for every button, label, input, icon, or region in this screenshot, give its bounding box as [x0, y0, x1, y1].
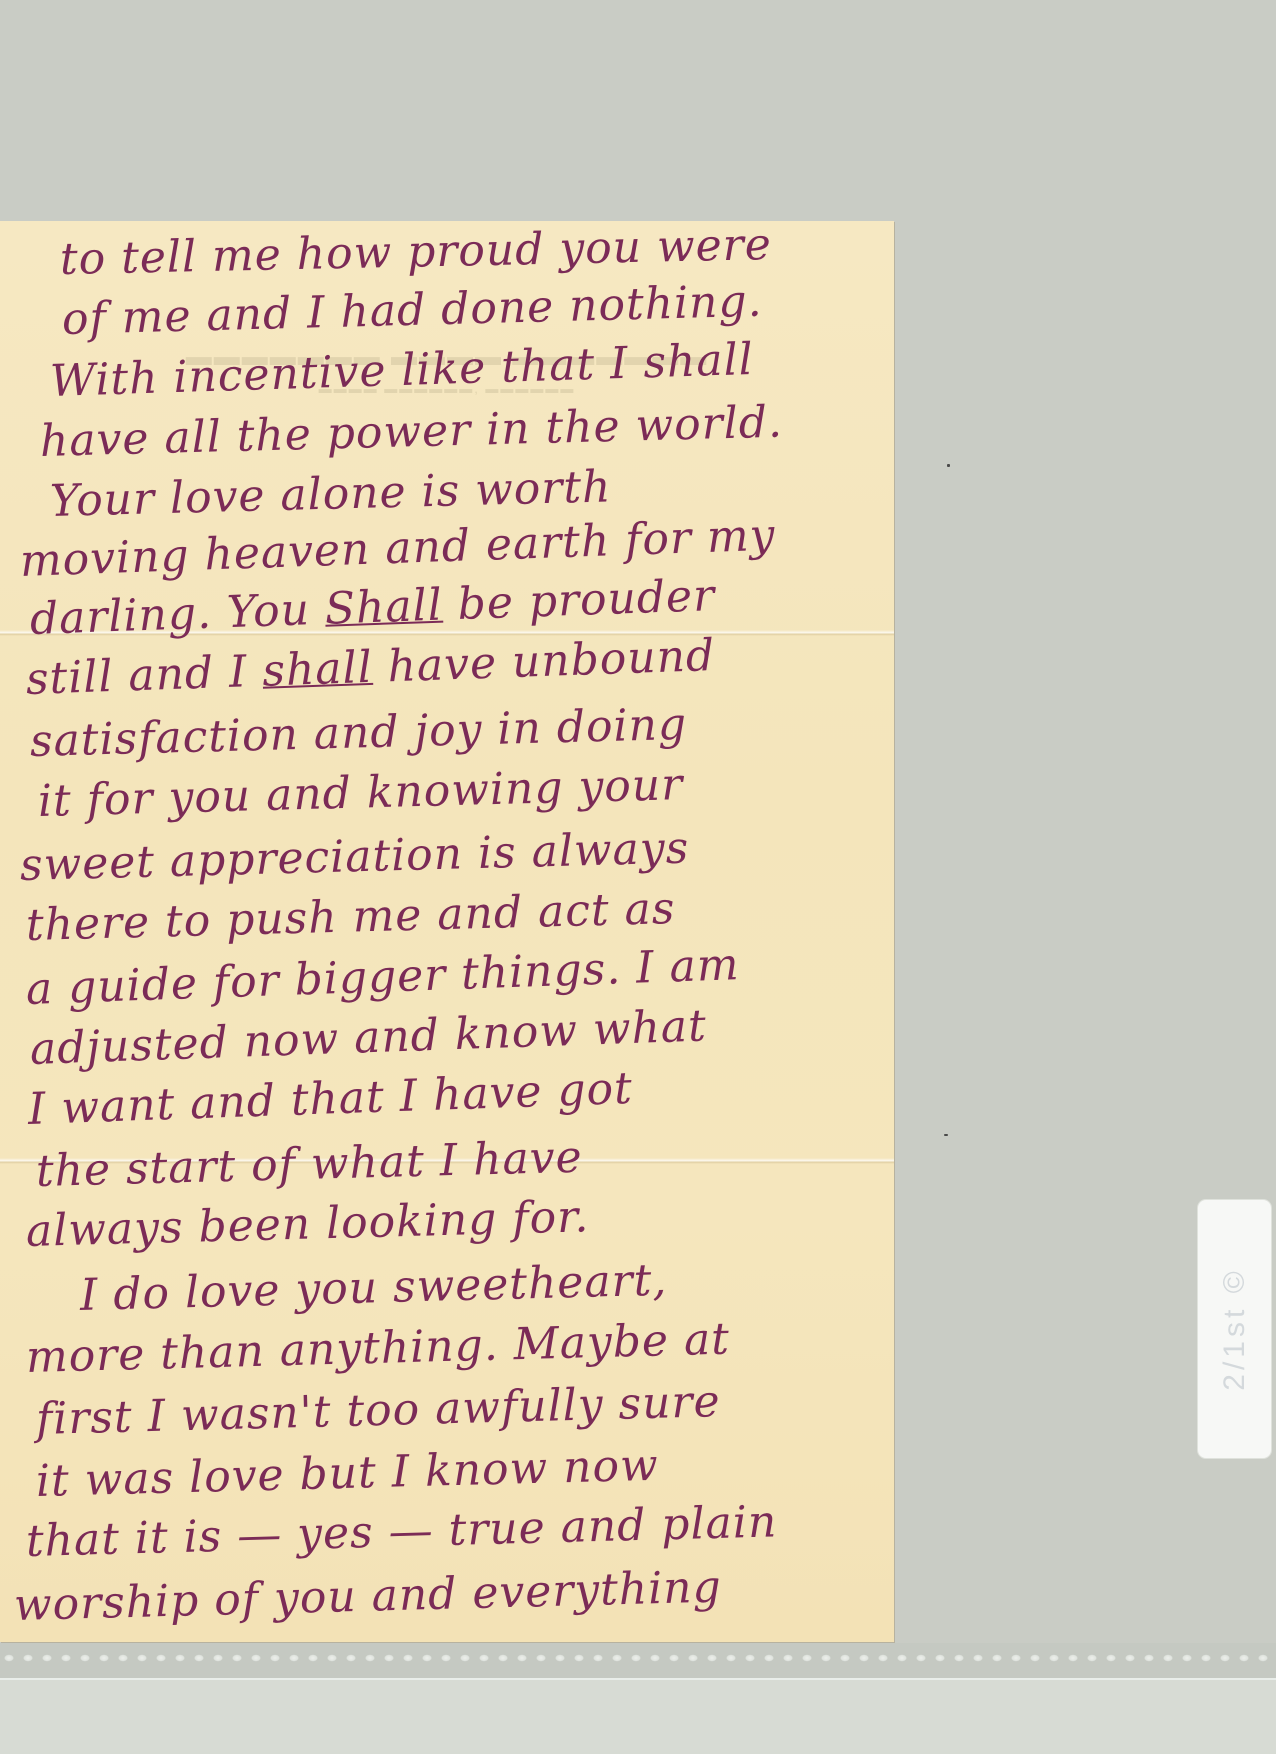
- letter-line: satisfaction and joy in doing: [29, 700, 687, 767]
- letter-line: always been looking for.: [25, 1192, 590, 1257]
- letter-line: of me and I had done nothing.: [61, 277, 763, 345]
- letter-line: first I wasn't too awfully sure: [35, 1377, 721, 1445]
- letter-line: have all the power in the world.: [39, 398, 783, 467]
- letter-line-text: be prouder: [442, 570, 716, 630]
- letter-line: sweet appreciation is always: [19, 823, 690, 891]
- letter-line: still and I shall have unbound: [25, 631, 716, 705]
- letter-line: that it is — yes — true and plain: [25, 1497, 777, 1567]
- letter-line: worship of you and everything: [13, 1562, 722, 1631]
- letter-line-text: darling. You: [29, 584, 326, 645]
- letter-line: there to push me and act as: [25, 884, 676, 951]
- archive-label-text: 2/1st ©: [1218, 1267, 1252, 1390]
- letter-line: it for you and knowing your: [37, 760, 683, 827]
- letter-line: I do love you sweetheart,: [79, 1256, 668, 1321]
- underlined-word-shall: shall: [262, 642, 374, 697]
- letter-line-text: still and I: [25, 646, 263, 705]
- letter-line-text: have unbound: [372, 630, 716, 693]
- dust-speck: [944, 1134, 948, 1136]
- letter-line: more than anything. Maybe at: [25, 1315, 730, 1383]
- underlined-word-shall: Shall: [324, 580, 444, 635]
- sleeve-seal-dots: [0, 1652, 1276, 1664]
- letter-line: to tell me how proud you were: [59, 220, 772, 285]
- scanner-background-lower: [0, 1678, 1276, 1754]
- letter-line: it was love but I know now: [35, 1441, 659, 1507]
- archive-label-tab: 2/1st ©: [1198, 1200, 1271, 1458]
- letter-page: ▬▬▬▬▬▬▬ ▬▬▬▬ ▬▬▬▬▬▬▬ ▬▬▬▬ ▬▬▬▬▬▬, ▬▬▬▬▬▬…: [0, 221, 894, 1642]
- sleeve-seal-strip: [0, 1643, 1276, 1680]
- letter-line: I want and that I have got: [27, 1064, 633, 1135]
- dust-speck: [947, 464, 950, 467]
- letter-line: the start of what I have: [35, 1133, 583, 1197]
